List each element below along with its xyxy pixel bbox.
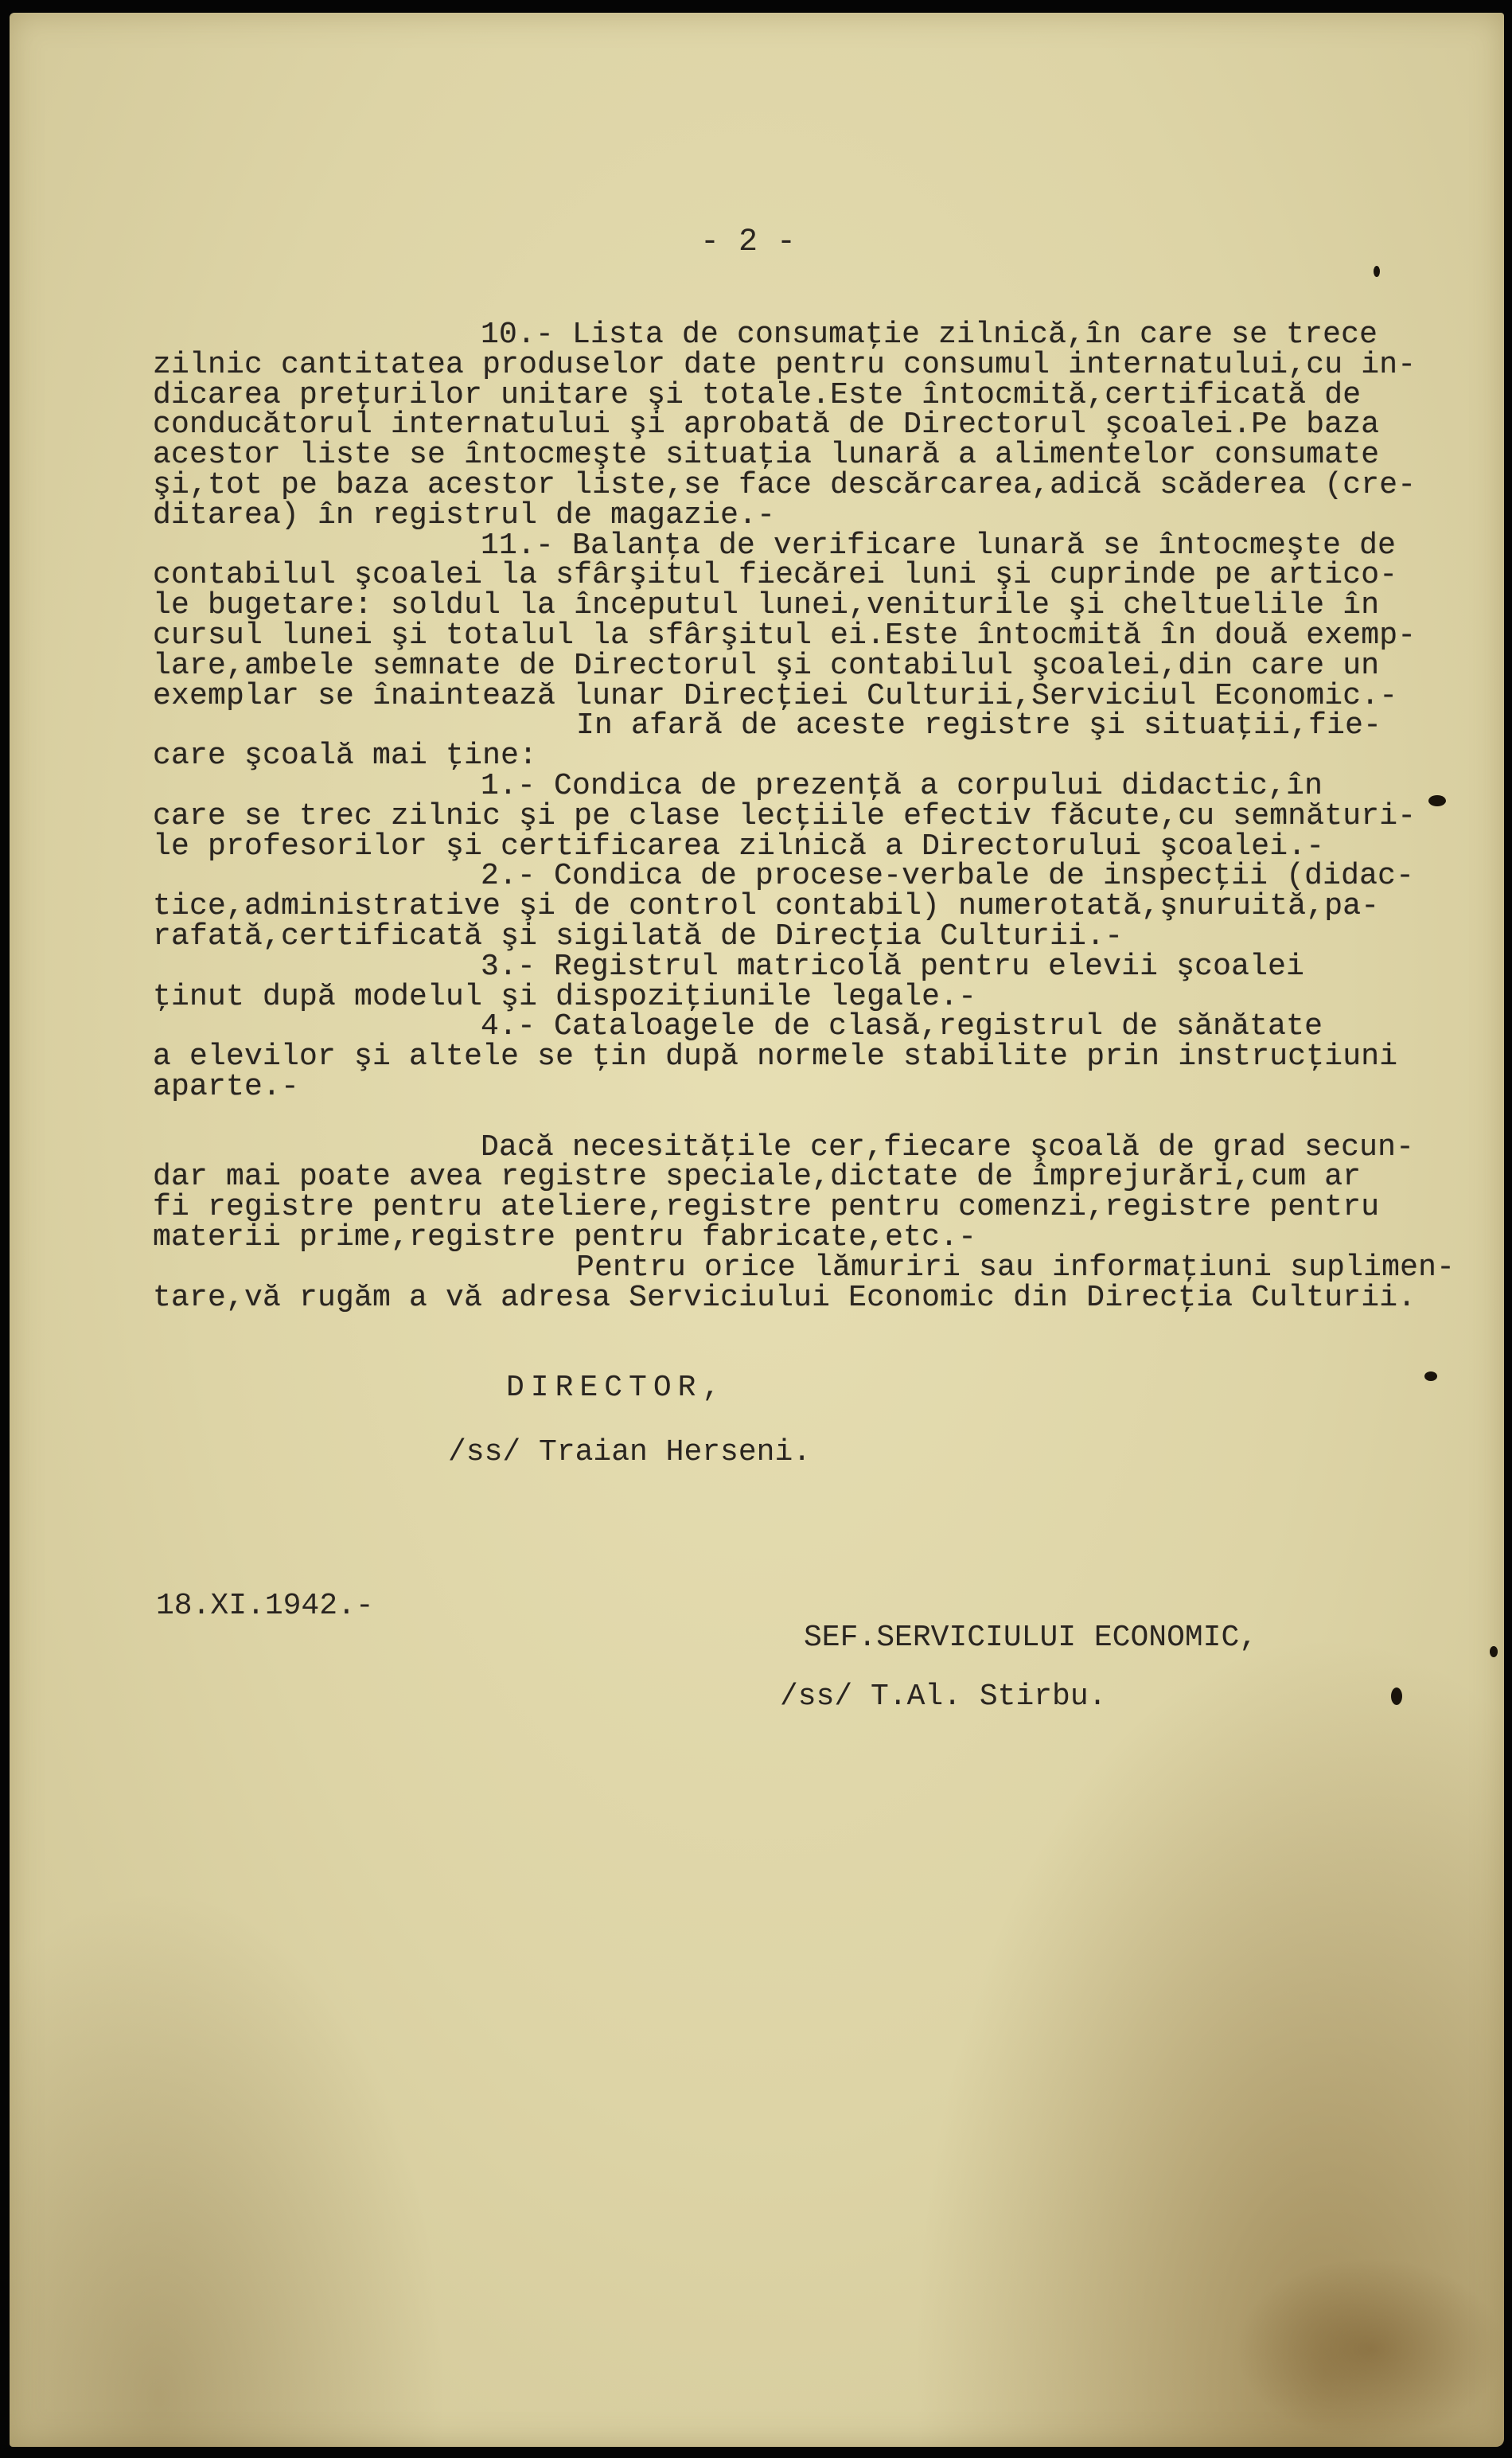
text-line: 4.- Cataloagele de clasă,registrul de să… bbox=[153, 1012, 1455, 1042]
text-line bbox=[153, 1102, 1455, 1133]
text-line: dar mai poate avea registre speciale,dic… bbox=[153, 1162, 1455, 1192]
text-line: a elevilor şi altele se ţin după normele… bbox=[153, 1042, 1455, 1072]
punch-hole bbox=[1391, 1687, 1402, 1705]
punch-hole bbox=[1424, 1371, 1437, 1381]
text-line: cursul lunei şi totalul la sfârşitul ei.… bbox=[153, 621, 1455, 651]
text-line: 1.- Condica de prezenţă a corpului didac… bbox=[153, 771, 1455, 802]
document-body: 10.- Lista de consumaţie zilnică,în care… bbox=[153, 320, 1455, 1313]
text-line: ţinut după modelul şi dispoziţiunile leg… bbox=[153, 982, 1455, 1012]
text-line: Dacă necesităţile cer,fiecare şcoală de … bbox=[153, 1133, 1455, 1163]
text-line: care se trec zilnic şi pe clase lecţiile… bbox=[153, 802, 1455, 832]
punch-hole bbox=[1374, 266, 1380, 277]
text-line: aparte.- bbox=[153, 1072, 1455, 1102]
text-line: In afară de aceste registre şi situaţii,… bbox=[153, 711, 1455, 741]
text-line: materii prime,registre pentru fabricate,… bbox=[153, 1223, 1455, 1253]
text-line: le profesorilor şi certificarea zilnică … bbox=[153, 832, 1455, 862]
text-line: 3.- Registrul matricolă pentru elevii şc… bbox=[153, 952, 1455, 982]
text-line: conducătorul internatului şi aprobată de… bbox=[153, 410, 1455, 440]
document-date: 18.XI.1942.- bbox=[156, 1589, 374, 1623]
text-line: ditarea) în registrul de magazie.- bbox=[153, 501, 1455, 531]
text-line: fi registre pentru ateliere,registre pen… bbox=[153, 1192, 1455, 1223]
director-title: DIRECTOR, bbox=[506, 1371, 727, 1405]
stain bbox=[1235, 2257, 1506, 2440]
text-line: contabilul şcoalei la sfârşitul fiecărei… bbox=[153, 560, 1455, 591]
economic-service-title: SEF.SERVICIULUI ECONOMIC, bbox=[804, 1621, 1257, 1655]
text-line: le bugetare: soldul la începutul lunei,v… bbox=[153, 591, 1455, 621]
text-line: dicarea preţurilor unitare şi totale.Est… bbox=[153, 380, 1455, 411]
text-line: şi,tot pe baza acestor liste,se face des… bbox=[153, 470, 1455, 501]
text-line: exemplar se înaintează lunar Direcţiei C… bbox=[153, 681, 1455, 712]
text-line: tare,vă rugăm a vă adresa Serviciului Ec… bbox=[153, 1283, 1455, 1313]
text-line: 10.- Lista de consumaţie zilnică,în care… bbox=[153, 320, 1455, 350]
text-line: acestor liste se întocmeşte situaţia lun… bbox=[153, 440, 1455, 470]
text-line: care şcoală mai ţine: bbox=[153, 741, 1455, 771]
text-line: Pentru orice lămuriri sau informaţiuni s… bbox=[153, 1253, 1455, 1283]
punch-hole bbox=[1490, 1646, 1498, 1657]
text-line: rafată,certificată şi sigilată de Direcţ… bbox=[153, 922, 1455, 952]
director-signature: /ss/ Traian Herseni. bbox=[448, 1435, 811, 1469]
text-line: lare,ambele semnate de Directorul şi con… bbox=[153, 651, 1455, 681]
text-line: 11.- Balanţa de verificare lunară se înt… bbox=[153, 531, 1455, 561]
text-line: zilnic cantitatea produselor date pentru… bbox=[153, 350, 1455, 380]
text-line: 2.- Condica de procese-verbale de inspec… bbox=[153, 861, 1455, 892]
economic-service-signature: /ss/ T.Al. Stirbu. bbox=[780, 1680, 1106, 1714]
text-line: tice,administrative şi de control contab… bbox=[153, 892, 1455, 922]
page-number: - 2 - bbox=[700, 224, 796, 260]
